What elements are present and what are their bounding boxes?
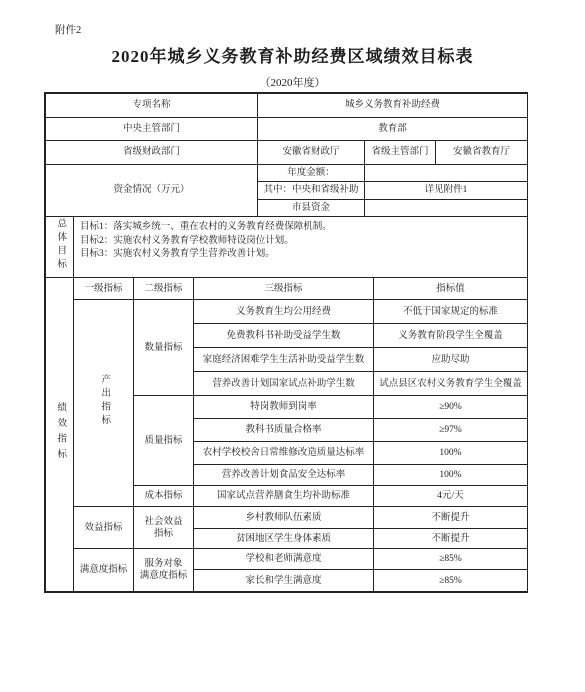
table-row: 产出指标 数量指标 义务教育生均公用经费 不低于国家规定的标准 <box>46 300 528 324</box>
target-cell: 100% <box>374 442 528 465</box>
table-row: 效益指标 社会效益 指标 乡村教师队伍素质 不断提升 <box>46 507 528 529</box>
target-cell: ≥85% <box>374 549 528 570</box>
indicator-cell: 国家试点营养膳食生均补助标准 <box>194 486 374 507</box>
indicator-cell: 特岗教师到岗率 <box>194 396 374 419</box>
project-name-value: 城乡义务教育补助经费 <box>258 94 528 118</box>
funding-item-central: 其中：中央和省级补助 <box>258 182 365 200</box>
provincial-finance-label: 省级财政部门 <box>46 141 258 165</box>
goal-line-2: 目标2：实施农村义务教育学校教师特设岗位计划。 <box>80 235 521 249</box>
indicator-cell: 教科书质量合格率 <box>194 419 374 442</box>
central-dept-label: 中央主管部门 <box>46 118 258 141</box>
indicator-cell: 免费教科书补助受益学生数 <box>194 324 374 348</box>
indicator-cell: 义务教育生均公用经费 <box>194 300 374 324</box>
table-row: 资金情况（万元） 年度金额： <box>46 165 528 182</box>
level2-quality: 质量指标 <box>134 396 194 486</box>
table-row: 省级财政部门 安徽省财政厅 省级主管部门 安徽省教育厅 <box>46 141 528 165</box>
central-dept-value: 教育部 <box>258 118 528 141</box>
funding-label: 资金情况（万元） <box>46 165 258 217</box>
target-cell: 义务教育阶段学生全覆盖 <box>374 324 528 348</box>
provincial-finance-value: 安徽省财政厅 <box>258 141 365 165</box>
funding-value-local <box>365 200 528 217</box>
funding-item-local: 市县资金 <box>258 200 365 217</box>
level1-output: 产出指标 <box>74 300 134 507</box>
header-level1: 一级指标 <box>74 278 134 300</box>
indicators-table: 绩效指标 一级指标 二级指标 三级指标 指标值 产出指标 数量指标 义务教育生均… <box>45 277 528 592</box>
target-cell: ≥85% <box>374 570 528 592</box>
target-cell: 100% <box>374 465 528 486</box>
goals-table: 总体目标 目标1：落实城乡统一、重在农村的义务教育经费保障机制。 目标2：实施农… <box>45 216 528 278</box>
level2-service: 服务对象 满意度指标 <box>134 549 194 592</box>
target-cell: 不断提升 <box>374 507 528 529</box>
page-subtitle: （2020年度） <box>0 74 585 90</box>
table-row: 满意度指标 服务对象 满意度指标 学校和老师满意度 ≥85% <box>46 549 528 570</box>
overall-goals-content: 目标1：落实城乡统一、重在农村的义务教育经费保障机制。 目标2：实施农村义务教育… <box>74 217 528 278</box>
indicator-cell: 农村学校校舍日常维修改造质量达标率 <box>194 442 374 465</box>
target-cell: 应助尽助 <box>374 348 528 372</box>
indicator-cell: 营养改善计划食品安全达标率 <box>194 465 374 486</box>
indicator-cell: 学校和老师满意度 <box>194 549 374 570</box>
attachment-label: 附件2 <box>55 22 81 37</box>
table-row: 中央主管部门 教育部 <box>46 118 528 141</box>
performance-label: 绩效指标 <box>46 278 74 592</box>
project-name-label: 专项名称 <box>46 94 258 118</box>
page-title: 2020年城乡义务教育补助经费区域绩效目标表 <box>0 42 585 67</box>
provincial-dept-value: 安徽省教育厅 <box>436 141 528 165</box>
header-level3: 三级指标 <box>194 278 374 300</box>
table-row: 专项名称 城乡义务教育补助经费 <box>46 94 528 118</box>
funding-value-annual <box>365 165 528 182</box>
target-cell: ≥97% <box>374 419 528 442</box>
funding-item-annual: 年度金额： <box>258 165 365 182</box>
target-cell: ≥90% <box>374 396 528 419</box>
funding-value-central: 详见附件1 <box>365 182 528 200</box>
provincial-dept-label: 省级主管部门 <box>365 141 436 165</box>
goal-line-3: 目标3：实施农村义务教育学生营养改善计划。 <box>80 248 521 262</box>
indicator-cell: 营养改善计划国家试点补助学生数 <box>194 372 374 396</box>
indicator-cell: 家长和学生满意度 <box>194 570 374 592</box>
performance-target-table: 专项名称 城乡义务教育补助经费 中央主管部门 教育部 省级财政部门 安徽省财政厅… <box>44 92 528 593</box>
document-page: 附件2 2020年城乡义务教育补助经费区域绩效目标表 （2020年度） 专项名称… <box>0 0 585 692</box>
level2-quantity: 数量指标 <box>134 300 194 396</box>
header-level2: 二级指标 <box>134 278 194 300</box>
info-table: 专项名称 城乡义务教育补助经费 中央主管部门 教育部 省级财政部门 安徽省财政厅… <box>45 93 528 217</box>
level1-satisfaction: 满意度指标 <box>74 549 134 592</box>
level2-cost: 成本指标 <box>134 486 194 507</box>
indicator-cell: 家庭经济困难学生生活补助受益学生数 <box>194 348 374 372</box>
level2-social: 社会效益 指标 <box>134 507 194 549</box>
overall-goals-label: 总体目标 <box>46 217 74 278</box>
target-cell: 4元/天 <box>374 486 528 507</box>
level1-benefit: 效益指标 <box>74 507 134 549</box>
indicator-cell: 贫困地区学生身体素质 <box>194 529 374 549</box>
table-row: 总体目标 目标1：落实城乡统一、重在农村的义务教育经费保障机制。 目标2：实施农… <box>46 217 528 278</box>
target-cell: 不低于国家规定的标准 <box>374 300 528 324</box>
header-target: 指标值 <box>374 278 528 300</box>
target-cell: 试点县区农村义务教育学生全覆盖 <box>374 372 528 396</box>
indicators-header-row: 绩效指标 一级指标 二级指标 三级指标 指标值 <box>46 278 528 300</box>
target-cell: 不断提升 <box>374 529 528 549</box>
goal-line-1: 目标1：落实城乡统一、重在农村的义务教育经费保障机制。 <box>80 221 521 235</box>
indicator-cell: 乡村教师队伍素质 <box>194 507 374 529</box>
